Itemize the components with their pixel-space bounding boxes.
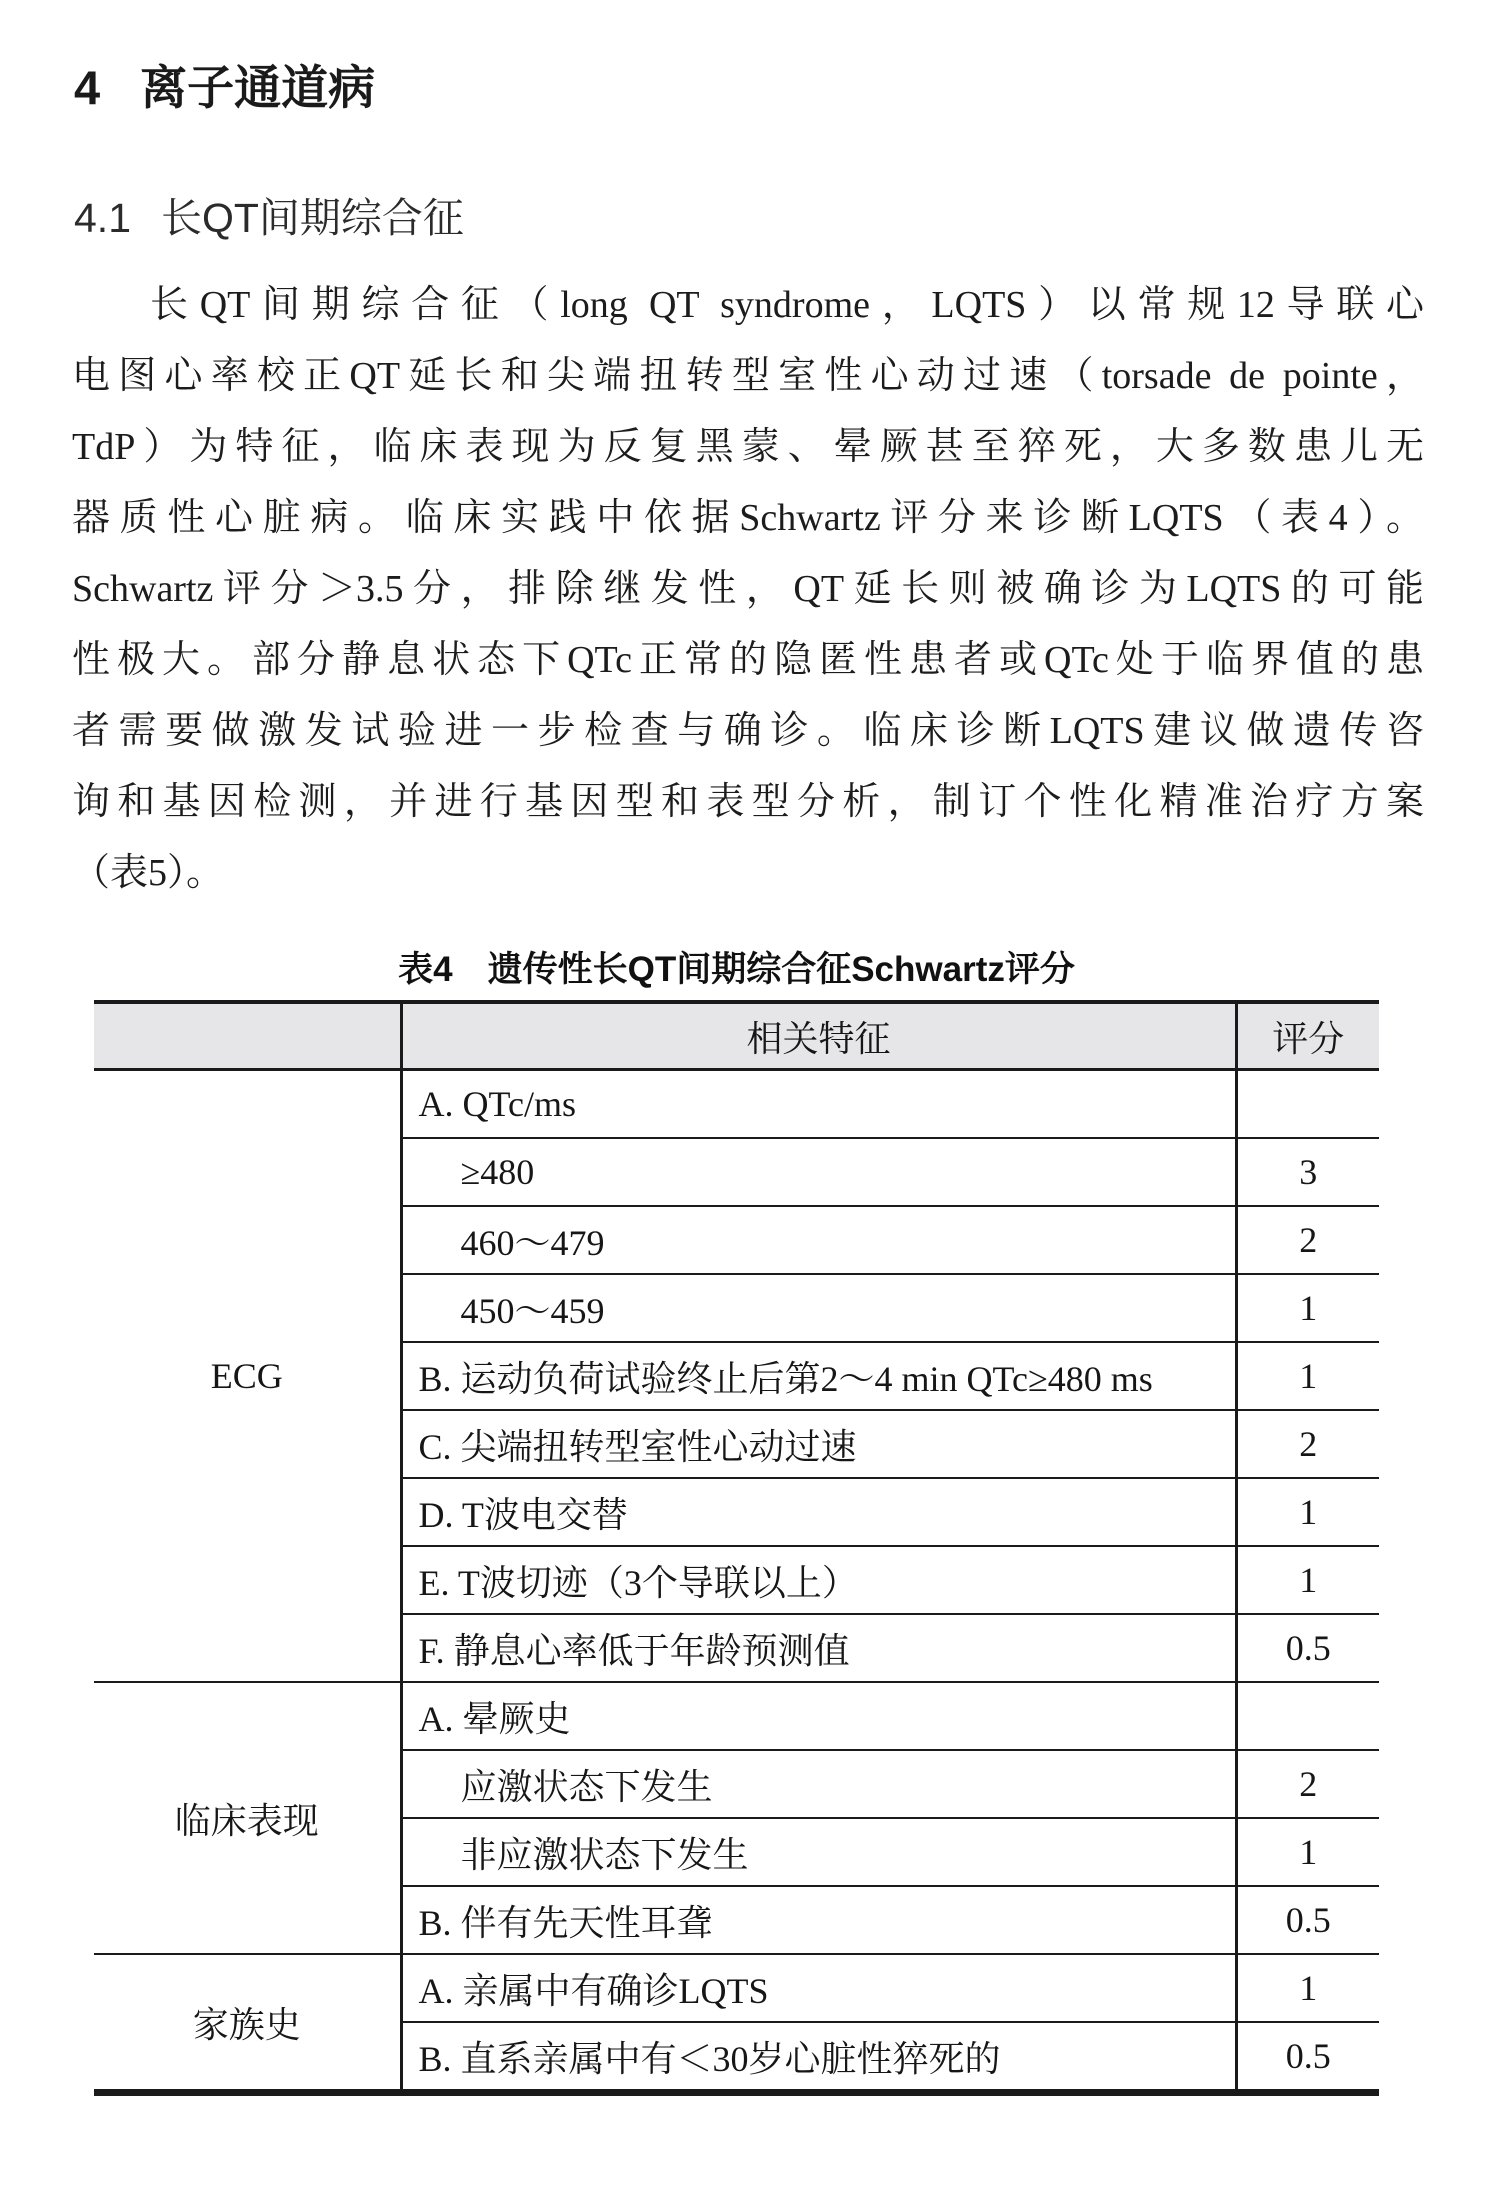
paragraph-line: 长QT间期综合征（long QT syndrome，LQTS）以常规12导联心	[72, 270, 1424, 341]
score-cell: 1	[1236, 1954, 1379, 2022]
header-category	[94, 1002, 401, 1070]
feature-cell: A. 亲属中有确诊LQTS	[401, 1954, 1236, 2022]
score-cell: 2	[1236, 1206, 1379, 1274]
paragraph-line: 性极大。部分静息状态下QTc正常的隐匿性患者或QTc处于临界值的患	[72, 625, 1424, 696]
feature-cell: D. T波电交替	[401, 1478, 1236, 1546]
category-cell: ECG	[94, 1070, 401, 1683]
header-score: 评分	[1236, 1002, 1379, 1070]
feature-cell: B. 直系亲属中有＜30岁心脏性猝死的	[401, 2022, 1236, 2093]
feature-cell: B. 运动负荷试验终止后第2～4 min QTc≥480 ms	[401, 1342, 1236, 1410]
score-cell: 0.5	[1236, 1614, 1379, 1682]
score-cell: 2	[1236, 1750, 1379, 1818]
score-cell: 1	[1236, 1342, 1379, 1410]
score-cell	[1236, 1682, 1379, 1750]
feature-cell: A. QTc/ms	[401, 1070, 1236, 1139]
section-heading: 4.1 长QT间期综合征	[74, 196, 464, 241]
header-feature: 相关特征	[401, 1002, 1236, 1070]
score-cell	[1236, 1070, 1379, 1139]
feature-cell: 非应激状态下发生	[401, 1818, 1236, 1886]
body-paragraph: 长QT间期综合征（long QT syndrome，LQTS）以常规12导联心电…	[72, 270, 1424, 909]
table-caption: 表4 遗传性长QT间期综合征Schwartz评分	[94, 942, 1379, 992]
paragraph-line: Schwartz评分＞3.5分，排除继发性，QT延长则被确诊为LQTS的可能	[72, 554, 1424, 625]
paragraph-line: 电图心率校正QT延长和尖端扭转型室性心动过速（torsade de pointe…	[72, 341, 1424, 412]
chapter-number: 4	[74, 62, 100, 114]
paragraph-line: （表5）。	[72, 838, 1424, 909]
feature-cell: B. 伴有先天性耳聋	[401, 1886, 1236, 1954]
chapter-heading: 4 离子通道病	[74, 62, 375, 114]
score-cell: 1	[1236, 1274, 1379, 1342]
paragraph-line: 询和基因检测，并进行基因型和表型分析，制订个性化精准治疗方案	[72, 767, 1424, 838]
section-title: 长QT间期综合征	[161, 196, 464, 241]
feature-cell: A. 晕厥史	[401, 1682, 1236, 1750]
score-cell: 2	[1236, 1410, 1379, 1478]
score-cell: 0.5	[1236, 2022, 1379, 2093]
category-cell: 家族史	[94, 1954, 401, 2093]
feature-cell: E. T波切迹（3个导联以上）	[401, 1546, 1236, 1614]
paragraph-line: 者需要做激发试验进一步检查与确诊。临床诊断LQTS建议做遗传咨	[72, 696, 1424, 767]
table-row: 家族史A. 亲属中有确诊LQTS1	[94, 1954, 1379, 2022]
table-header-row: 相关特征 评分	[94, 1002, 1379, 1070]
category-cell: 临床表现	[94, 1682, 401, 1954]
score-cell: 1	[1236, 1478, 1379, 1546]
paragraph-line: TdP）为特征，临床表现为反复黑蒙、晕厥甚至猝死，大多数患儿无	[72, 412, 1424, 483]
feature-cell: C. 尖端扭转型室性心动过速	[401, 1410, 1236, 1478]
score-cell: 1	[1236, 1818, 1379, 1886]
table-row: 临床表现A. 晕厥史	[94, 1682, 1379, 1750]
score-cell: 0.5	[1236, 1886, 1379, 1954]
paragraph-line: 器质性心脏病。临床实践中依据Schwartz评分来诊断LQTS（表4）。	[72, 483, 1424, 554]
schwartz-score-table: 相关特征 评分 ECGA. QTc/ms≥4803460～4792450～459…	[94, 1000, 1379, 2096]
chapter-title: 离子通道病	[140, 62, 375, 114]
feature-cell: F. 静息心率低于年龄预测值	[401, 1614, 1236, 1682]
score-cell: 3	[1236, 1138, 1379, 1206]
feature-cell: 460～479	[401, 1206, 1236, 1274]
table-row: ECGA. QTc/ms	[94, 1070, 1379, 1139]
feature-cell: 450～459	[401, 1274, 1236, 1342]
score-cell: 1	[1236, 1546, 1379, 1614]
feature-cell: ≥480	[401, 1138, 1236, 1206]
section-number: 4.1	[74, 196, 131, 241]
feature-cell: 应激状态下发生	[401, 1750, 1236, 1818]
